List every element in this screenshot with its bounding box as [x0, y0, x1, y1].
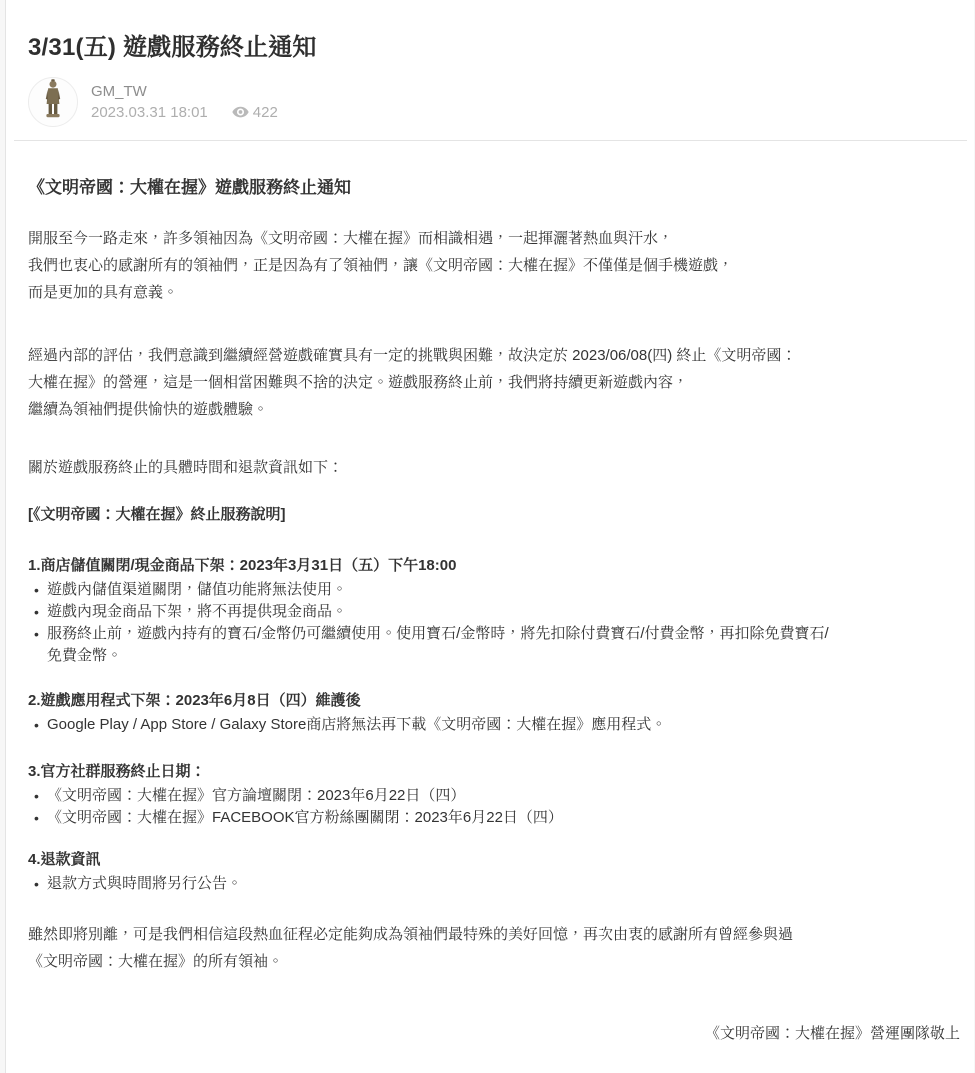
decision-paragraph: 經過內部的評估，我們意識到繼續經營遊戲確實具有一定的挑戰與困難，故決定於 202… — [28, 342, 960, 423]
section-refund-info: 4.退款資訊 退款方式與時間將另行公告。 — [28, 846, 960, 895]
intro-line: 開服至今一路走來，許多領袖因為《文明帝國：大權在握》而相識相遇，一起揮灑著熱血與… — [28, 225, 960, 252]
author-row: GM_TW 2023.03.31 18:01 422 — [28, 77, 954, 127]
author-meta: GM_TW 2023.03.31 18:01 422 — [91, 83, 278, 122]
announcement-page: 3/31(五) 遊戲服務終止通知 GM_T — [5, 0, 974, 1073]
notice-title: [《文明帝國：大權在握》終止服務說明] — [28, 501, 960, 528]
section-community-closure: 3.官方社群服務終止日期： 《文明帝國：大權在握》官方論壇關閉：2023年6月2… — [28, 758, 960, 829]
decision-line: 繼續為領袖們提供愉快的遊戲體驗。 — [28, 396, 960, 423]
list-item: 退款方式與時間將另行公告。 — [28, 873, 960, 895]
refund-intro: 關於遊戲服務終止的具體時間和退款資訊如下： — [28, 454, 960, 481]
list-item: 服務終止前，遊戲內持有的寶石/金幣仍可繼續使用。使用寶石/金幣時，將先扣除付費寶… — [28, 623, 960, 667]
section-store-closure: 1.商店儲值關閉/現金商品下架：2023年3月31日（五）下午18:00 遊戲內… — [28, 552, 960, 667]
bullet-line: Google Play / App Store / Galaxy Store商店… — [47, 714, 960, 736]
closing-line: 《文明帝國：大權在握》的所有領袖。 — [28, 948, 960, 975]
post-meta-line: 2023.03.31 18:01 422 — [91, 104, 278, 122]
section-bullet-list: 《文明帝國：大權在握》官方論壇關閉：2023年6月22日（四） 《文明帝國：大權… — [28, 785, 960, 829]
post-header: 3/31(五) 遊戲服務終止通知 GM_T — [6, 0, 974, 127]
post-timestamp: 2023.03.31 18:01 — [91, 104, 208, 121]
header-divider — [14, 140, 967, 141]
intro-line: 我們也衷心的感謝所有的領袖們，正是因為有了領袖們，讓《文明帝國：大權在握》不僅僅… — [28, 252, 960, 279]
section-title: 2.遊戲應用程式下架：2023年6月8日（四）維護後 — [28, 687, 960, 714]
list-item: 《文明帝國：大權在握》FACEBOOK官方粉絲團關閉：2023年6月22日（四） — [28, 807, 960, 829]
decision-line: 大權在握》的營運，這是一個相當困難與不捨的決定。遊戲服務終止前，我們將持續更新遊… — [28, 369, 960, 396]
terracotta-warrior-icon — [42, 79, 64, 126]
intro-line: 而是更加的具有意義。 — [28, 279, 960, 306]
avatar — [28, 77, 78, 127]
post-heading: 《文明帝國：大權在握》遊戲服務終止通知 — [28, 178, 960, 198]
bullet-line: 遊戲內儲值渠道關閉，儲值功能將無法使用。 — [47, 579, 960, 601]
eye-icon — [232, 105, 249, 122]
section-title: 1.商店儲值關閉/現金商品下架：2023年3月31日（五）下午18:00 — [28, 552, 960, 579]
list-item: 《文明帝國：大權在握》官方論壇關閉：2023年6月22日（四） — [28, 785, 960, 807]
bullet-line: 服務終止前，遊戲內持有的寶石/金幣仍可繼續使用。使用寶石/金幣時，將先扣除付費寶… — [47, 623, 960, 645]
intro-paragraph: 開服至今一路走來，許多領袖因為《文明帝國：大權在握》而相識相遇，一起揮灑著熱血與… — [28, 225, 960, 306]
bullet-line: 免費金幣。 — [47, 645, 960, 667]
author-name: GM_TW — [91, 83, 278, 100]
bullet-line: 《文明帝國：大權在握》FACEBOOK官方粉絲團關閉：2023年6月22日（四） — [47, 807, 960, 829]
list-item: 遊戲內現金商品下架，將不再提供現金商品。 — [28, 601, 960, 623]
post-body: 《文明帝國：大權在握》遊戲服務終止通知 開服至今一路走來，許多領袖因為《文明帝國… — [6, 178, 974, 1047]
page-title: 3/31(五) 遊戲服務終止通知 — [28, 33, 954, 62]
section-app-delisting: 2.遊戲應用程式下架：2023年6月8日（四）維護後 Google Play /… — [28, 687, 960, 736]
section-title: 4.退款資訊 — [28, 846, 960, 873]
section-title: 3.官方社群服務終止日期： — [28, 758, 960, 785]
view-count: 422 — [253, 104, 278, 121]
closing-paragraph: 雖然即將別離，可是我們相信這段熱血征程必定能夠成為領袖們最特殊的美好回憶，再次由… — [28, 921, 960, 975]
bullet-line: 退款方式與時間將另行公告。 — [47, 873, 960, 895]
bullet-line: 遊戲內現金商品下架，將不再提供現金商品。 — [47, 601, 960, 623]
section-bullet-list: 退款方式與時間將另行公告。 — [28, 873, 960, 895]
view-counter: 422 — [232, 104, 278, 122]
section-bullet-list: Google Play / App Store / Galaxy Store商店… — [28, 714, 960, 736]
section-bullet-list: 遊戲內儲值渠道關閉，儲值功能將無法使用。 遊戲內現金商品下架，將不再提供現金商品… — [28, 579, 960, 667]
closing-line: 雖然即將別離，可是我們相信這段熱血征程必定能夠成為領袖們最特殊的美好回憶，再次由… — [28, 921, 960, 948]
list-item: Google Play / App Store / Galaxy Store商店… — [28, 714, 960, 736]
list-item: 遊戲內儲值渠道關閉，儲值功能將無法使用。 — [28, 579, 960, 601]
decision-line: 經過內部的評估，我們意識到繼續經營遊戲確實具有一定的挑戰與困難，故決定於 202… — [28, 342, 960, 369]
bullet-line: 《文明帝國：大權在握》官方論壇關閉：2023年6月22日（四） — [47, 785, 960, 807]
signature: 《文明帝國：大權在握》營運團隊敬上 — [28, 1020, 960, 1047]
